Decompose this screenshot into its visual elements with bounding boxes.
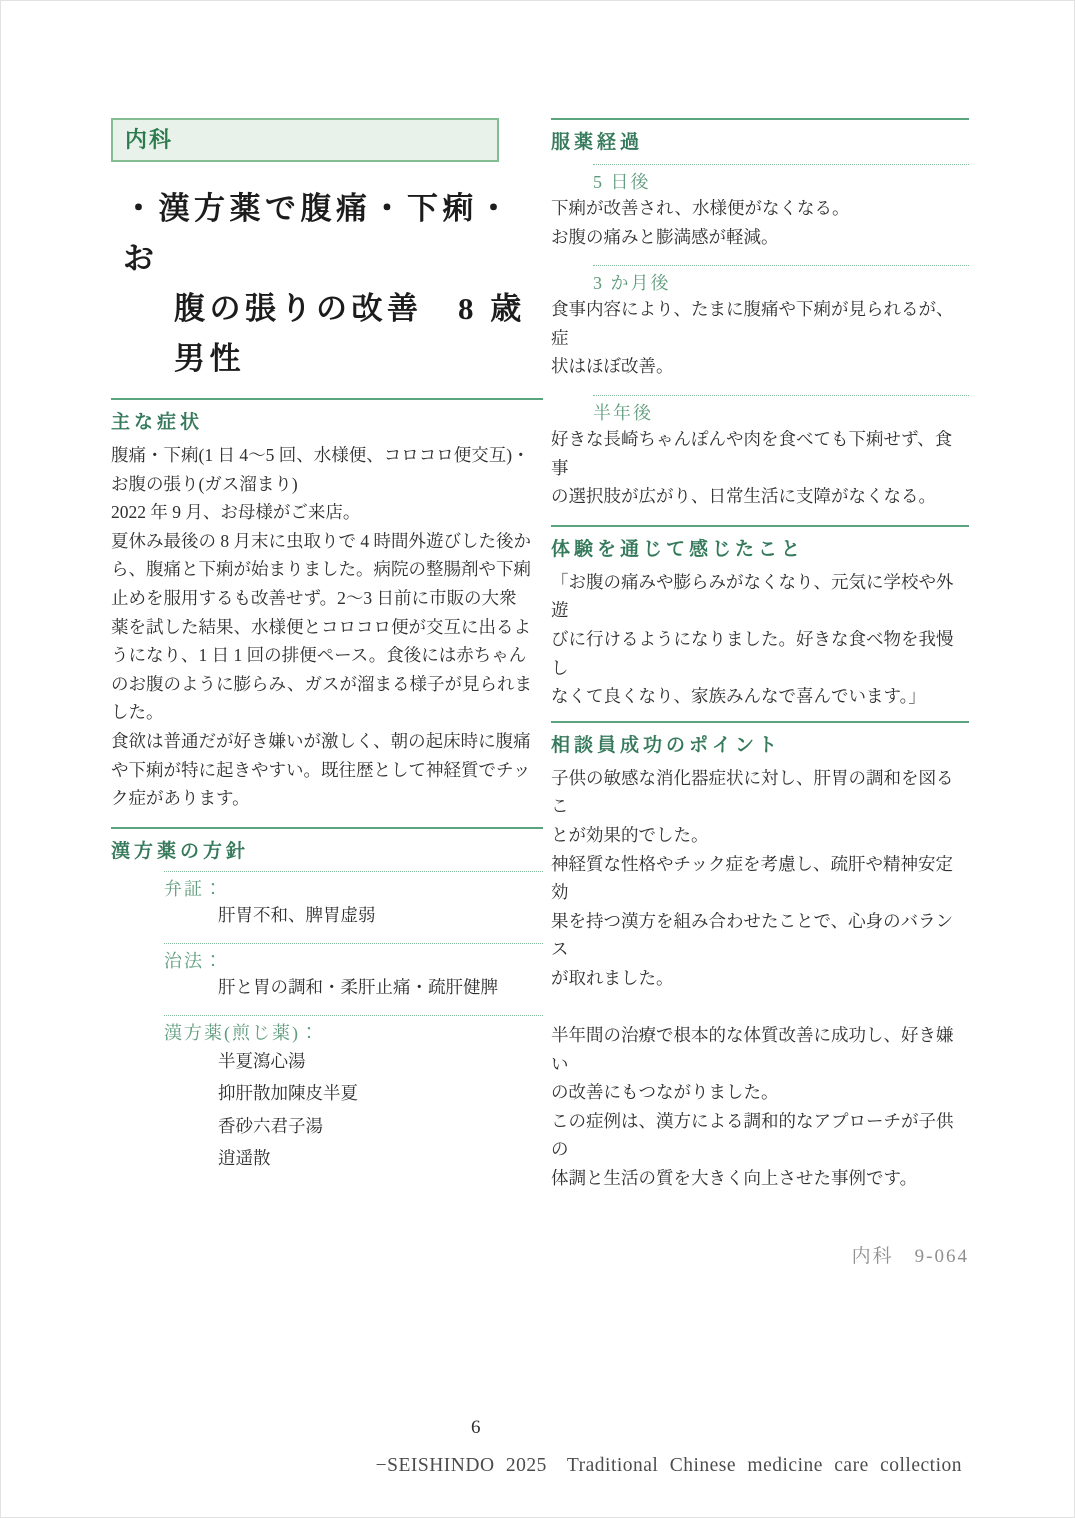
policy-item-label: 漢方薬(煎じ薬)： [164, 1015, 543, 1045]
progress-entry-text: 食事内容により、たまに腹痛や下痢が見られるが、症 状はほぼ改善。 [551, 295, 969, 381]
progress-entry-text: 下痢が改善され、水様便がなくなる。 お腹の痛みと膨満感が軽減。 [551, 194, 969, 251]
left-column: 内科 ・漢方薬で腹痛・下痢・お 腹の張りの改善 8 歳男性 主な症状 腹痛・下痢… [111, 1, 543, 1189]
experience-heading: 体験を通じて感じたこと [551, 525, 969, 561]
progress-entry-label: 5 日後 [593, 164, 969, 194]
policy-item-value: 肝と胃の調和・柔肝止痛・疏肝健脾 [218, 973, 543, 1001]
section-counselor-points: 相談員成功のポイント 子供の敏感な消化器症状に対し、肝胃の調和を図るこ とが効果… [551, 721, 969, 1193]
experience-body: 「お腹の痛みや膨らみがなくなり、元気に学校や外遊 びに行けるようになりました。好… [551, 568, 969, 711]
progress-entry-3-months: 3 か月後 食事内容により、たまに腹痛や下痢が見られるが、症 状はほぼ改善。 [551, 265, 969, 381]
counselor-points-body: 子供の敏感な消化器症状に対し、肝胃の調和を図るこ とが効果的でした。 神経質な性… [551, 764, 969, 1193]
category-label: 内科 [125, 127, 173, 152]
progress-entry-text: 好きな長崎ちゃんぽんや肉を食べても下痢せず、食事 の選択肢が広がり、日常生活に支… [551, 425, 969, 511]
case-id: 内科 9-064 [551, 1241, 969, 1268]
progress-entry-label: 半年後 [593, 395, 969, 425]
document-page: 内科 ・漢方薬で腹痛・下痢・お 腹の張りの改善 8 歳男性 主な症状 腹痛・下痢… [0, 0, 1075, 1518]
progress-entry-label: 3 か月後 [593, 265, 969, 295]
main-symptoms-body: 腹痛・下痢(1 日 4〜5 回、水様便、コロコロ便交互)・ お腹の張り(ガス溜ま… [111, 441, 543, 813]
counselor-points-heading: 相談員成功のポイント [551, 721, 969, 757]
case-title-line2: 腹の張りの改善 8 歳男性 [174, 284, 543, 384]
policy-item-benshou: 弁証： 肝胃不和、脾胃虚弱 [111, 871, 543, 929]
policy-item-kampo-medicines: 漢方薬(煎じ薬)： 半夏瀉心湯 抑肝散加陳皮半夏 香砂六君子湯 逍遥散 [111, 1015, 543, 1175]
policy-item-value: 半夏瀉心湯 抑肝散加陳皮半夏 香砂六君子湯 逍遥散 [218, 1045, 543, 1175]
policy-item-chihou: 治法： 肝と胃の調和・柔肝止痛・疏肝健脾 [111, 943, 543, 1001]
policy-item-label: 治法： [164, 943, 543, 973]
policy-item-label: 弁証： [164, 871, 543, 901]
case-title-line1: ・漢方薬で腹痛・下痢・お [123, 184, 543, 284]
right-column: 服薬経過 5 日後 下痢が改善され、水様便がなくなる。 お腹の痛みと膨満感が軽減… [551, 1, 969, 1268]
medication-progress-heading: 服薬経過 [551, 118, 969, 154]
section-medication-progress: 服薬経過 5 日後 下痢が改善され、水様便がなくなる。 お腹の痛みと膨満感が軽減… [551, 118, 969, 511]
progress-entry-half-year: 半年後 好きな長崎ちゃんぽんや肉を食べても下痢せず、食事 の選択肢が広がり、日常… [551, 395, 969, 511]
category-box: 内科 [111, 118, 499, 162]
section-main-symptoms: 主な症状 腹痛・下痢(1 日 4〜5 回、水様便、コロコロ便交互)・ お腹の張り… [111, 398, 543, 813]
policy-item-value: 肝胃不和、脾胃虚弱 [218, 901, 543, 929]
progress-entry-5-days: 5 日後 下痢が改善され、水様便がなくなる。 お腹の痛みと膨満感が軽減。 [551, 164, 969, 251]
kampo-policy-heading: 漢方薬の方針 [111, 827, 543, 863]
case-title: ・漢方薬で腹痛・下痢・お 腹の張りの改善 8 歳男性 [111, 184, 543, 384]
main-symptoms-heading: 主な症状 [111, 398, 543, 434]
section-experience: 体験を通じて感じたこと 「お腹の痛みや膨らみがなくなり、元気に学校や外遊 びに行… [551, 525, 969, 711]
page-number: 6 [471, 1417, 481, 1439]
footer-credit: −SEISHINDO 2025 Traditional Chinese medi… [376, 1449, 962, 1477]
section-kampo-policy: 漢方薬の方針 弁証： 肝胃不和、脾胃虚弱 治法： 肝と胃の調和・柔肝止痛・疏肝健… [111, 827, 543, 1175]
